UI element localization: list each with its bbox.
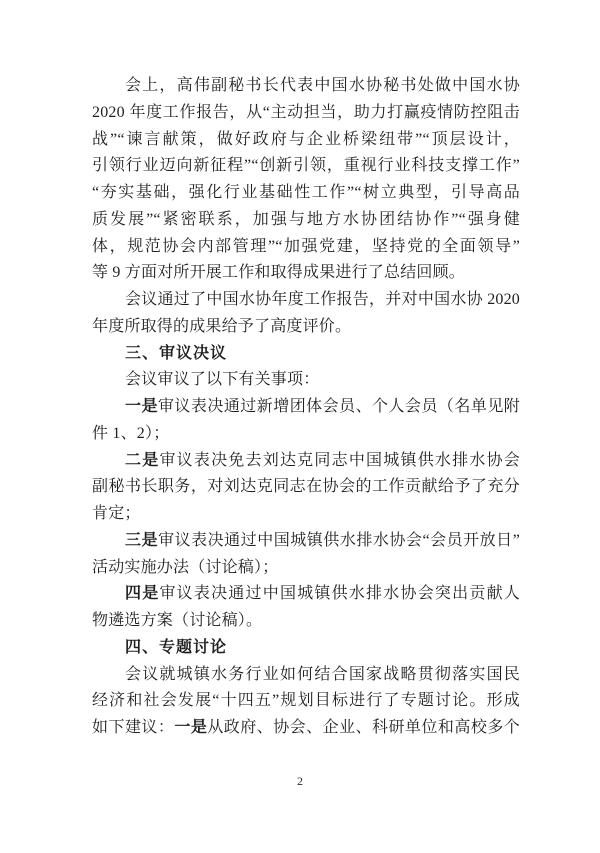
text-run: 会议通过了中国水协年度工作报告，并对中国水协 2020 bbox=[125, 291, 520, 308]
text-line: 会议审议了以下有关事项： bbox=[92, 367, 520, 394]
text-line: 物遴选方案（讨论稿）。 bbox=[92, 608, 520, 635]
text-line: 年度所取得的成果给予了高度评价。 bbox=[92, 314, 520, 341]
bold-text-run: 四、专题讨论 bbox=[125, 639, 227, 656]
text-run: 战”“谏言献策，做好政府与企业桥梁纽带”“顶层设计， bbox=[92, 131, 520, 148]
text-line: 二是审议表决免去刘达克同志中国城镇供水排水协会 bbox=[92, 448, 520, 475]
text-run: 副秘书长职务，对刘达克同志在协会的工作贡献给予了充分 bbox=[92, 478, 520, 495]
text-run: 引领行业迈向新征程”“创新引领，重视行业科技支撑工作” bbox=[92, 157, 520, 174]
text-line: 等 9 方面对所开展工作和取得成果进行了总结回顾。 bbox=[92, 260, 520, 287]
document-page: 会上，高伟副秘书长代表中国水协秘书处做中国水协2020 年度工作报告，从“主动担… bbox=[0, 0, 600, 853]
text-line: 会上，高伟副秘书长代表中国水协秘书处做中国水协 bbox=[92, 73, 520, 100]
text-line: 三是审议表决通过中国城镇供水排水协会“会员开放日” bbox=[92, 528, 520, 555]
text-run: 等 9 方面对所开展工作和取得成果进行了总结回顾。 bbox=[92, 264, 465, 281]
text-line: 2020 年度工作报告，从“主动担当，助力打赢疫情防控阻击 bbox=[92, 100, 520, 127]
text-line: 会议就城镇水务行业如何结合国家战略贯彻落实国民 bbox=[92, 662, 520, 689]
bold-text-run: 四是 bbox=[125, 585, 159, 602]
text-line: 件 1、2）； bbox=[92, 421, 520, 448]
text-run: 活动实施办法（讨论稿）； bbox=[92, 559, 278, 576]
bold-text-run: 一是 bbox=[125, 398, 158, 415]
text-line: 体，规范协会内部管理”“加强党建，坚持党的全面领导” bbox=[92, 234, 520, 261]
text-run: 件 1、2）； bbox=[92, 425, 169, 442]
text-run: 审议表决免去刘达克同志中国城镇供水排水协会 bbox=[159, 452, 520, 469]
text-run: 物遴选方案（讨论稿）。 bbox=[92, 612, 262, 629]
text-run: 审议表决通过新增团体会员、个人会员（名单见附 bbox=[158, 398, 520, 415]
text-line: 如下建议：一是从政府、协会、企业、科研单位和高校多个 bbox=[92, 715, 520, 742]
text-run: 如下建议： bbox=[92, 719, 174, 736]
text-run: 会议就城镇水务行业如何结合国家战略贯彻落实国民 bbox=[125, 666, 520, 683]
text-line: 会议通过了中国水协年度工作报告，并对中国水协 2020 bbox=[92, 287, 520, 314]
section-heading: 三、审议决议 bbox=[92, 341, 520, 368]
document-body: 会上，高伟副秘书长代表中国水协秘书处做中国水协2020 年度工作报告，从“主动担… bbox=[92, 73, 520, 742]
text-line: 一是审议表决通过新增团体会员、个人会员（名单见附 bbox=[92, 394, 520, 421]
page-number: 2 bbox=[0, 774, 600, 789]
text-line: 四是审议表决通过中国城镇供水排水协会突出贡献人 bbox=[92, 581, 520, 608]
text-line: 副秘书长职务，对刘达克同志在协会的工作贡献给予了充分 bbox=[92, 474, 520, 501]
text-run: 肯定； bbox=[92, 505, 141, 522]
text-run: “夯实基础，强化行业基础性工作”“树立典型，引导高品 bbox=[92, 184, 520, 201]
text-line: 引领行业迈向新征程”“创新引领，重视行业科技支撑工作” bbox=[92, 153, 520, 180]
text-run: 会议审议了以下有关事项： bbox=[125, 371, 319, 388]
text-line: “夯实基础，强化行业基础性工作”“树立典型，引导高品 bbox=[92, 180, 520, 207]
text-run: 年度所取得的成果给予了高度评价。 bbox=[92, 318, 351, 335]
text-line: 质发展”“紧密联系，加强与地方水协团结协作”“强身健 bbox=[92, 207, 520, 234]
text-run: 体，规范协会内部管理”“加强党建，坚持党的全面领导” bbox=[92, 238, 520, 255]
text-line: 活动实施办法（讨论稿）； bbox=[92, 555, 520, 582]
bold-text-run: 三、审议决议 bbox=[125, 345, 227, 362]
text-line: 战”“谏言献策，做好政府与企业桥梁纽带”“顶层设计， bbox=[92, 127, 520, 154]
text-run: 从政府、协会、企业、科研单位和高校多个 bbox=[207, 719, 520, 736]
bold-text-run: 三是 bbox=[125, 532, 158, 549]
bold-text-run: 一是 bbox=[174, 719, 207, 736]
bold-text-run: 二是 bbox=[125, 452, 159, 469]
text-line: 经济和社会发展“十四五”规划目标进行了专题讨论。形成 bbox=[92, 688, 520, 715]
text-run: 审议表决通过中国城镇供水排水协会突出贡献人 bbox=[159, 585, 520, 602]
text-run: 质发展”“紧密联系，加强与地方水协团结协作”“强身健 bbox=[92, 211, 520, 228]
text-run: 会上，高伟副秘书长代表中国水协秘书处做中国水协 bbox=[125, 77, 520, 94]
text-line: 肯定； bbox=[92, 501, 520, 528]
text-run: 经济和社会发展“十四五”规划目标进行了专题讨论。形成 bbox=[92, 692, 520, 709]
text-run: 2020 年度工作报告，从“主动担当，助力打赢疫情防控阻击 bbox=[92, 104, 520, 121]
section-heading: 四、专题讨论 bbox=[92, 635, 520, 662]
text-run: 审议表决通过中国城镇供水排水协会“会员开放日” bbox=[158, 532, 520, 549]
